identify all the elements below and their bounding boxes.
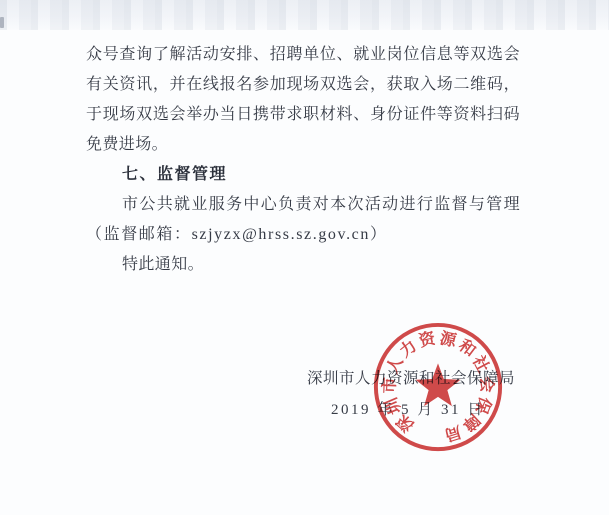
svg-text:市: 市 [379,377,399,394]
body-line-4: 免费进场。 [86,130,520,160]
body-line-2: 有关资讯，并在线报名参加现场双选会，获取入场二维码， [86,70,520,100]
red-star-icon [416,363,461,406]
closing-line: 特此通知。 [86,250,520,280]
body-line-6: 市公共就业服务中心负责对本次活动进行监督与管理 [86,190,520,220]
official-seal-stamp: 深圳市人力资源和社会保障局 [369,319,507,457]
svg-text:会: 会 [477,376,497,394]
svg-text:源: 源 [438,328,459,350]
body-line-3: 于现场双选会举办当日携带求职材料、身份证件等资料扫码 [86,100,520,130]
scan-edge-artifact [0,17,4,28]
document-body: 众号查询了解活动安排、招聘单位、就业岗位信息等双选会 有关资讯，并在线报名参加现… [86,40,520,280]
scanner-noise-band [0,0,609,30]
scanned-document-page: 众号查询了解活动安排、招聘单位、就业岗位信息等双选会 有关资讯，并在线报名参加现… [0,0,609,515]
body-line-1: 众号查询了解活动安排、招聘单位、就业岗位信息等双选会 [86,40,520,70]
section-heading: 七、监督管理 [86,160,520,190]
svg-text:圳: 圳 [382,395,405,417]
supervision-email-line: （监督邮箱：szjyzx@hrss.sz.gov.cn） [86,220,520,250]
svg-text:资: 资 [417,328,438,350]
svg-text:局: 局 [442,422,463,444]
